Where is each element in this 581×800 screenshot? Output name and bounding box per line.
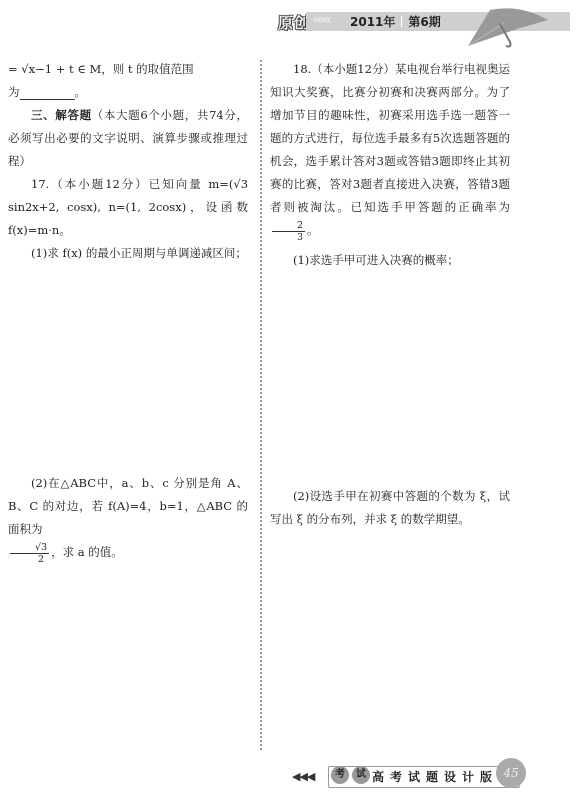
q18-part2: (2)设选手甲在初赛中答题的个数为 ξ，试写出 ξ 的分布列，并求 ξ 的数学期… — [270, 485, 510, 531]
arrows-icon: ◀◀◀ — [292, 770, 314, 783]
fraction: √32 — [10, 542, 49, 565]
right-column: 18.（本小题12分）某电视台举行电视奥运知识大奖赛，比赛分初赛和决赛两部分。为… — [270, 58, 510, 531]
page-number: 45 — [496, 758, 526, 788]
answer-blank — [20, 87, 75, 100]
section-heading: 三、解答题（本大题6个小题，共74分，必须写出必要的文字说明、演算步骤或推理过程… — [8, 104, 248, 173]
column-divider — [260, 60, 262, 750]
footer-badge-shi: 试 — [352, 766, 370, 784]
q17-part1: (1)求 f(x) 的最小正周期与单调递减区间； — [8, 242, 248, 265]
issue-number: 第6期 — [408, 15, 440, 29]
answer-space — [270, 272, 510, 485]
issue-label: 2011年第6期 — [350, 13, 441, 30]
separator — [401, 16, 402, 27]
footer-title: 高考试题设计版 — [372, 768, 498, 785]
left-column: = √x−1 + t ∈ M，则 t 的取值范围 为。 三、解答题（本大题6个小… — [8, 58, 248, 565]
prev-question-line1: = √x−1 + t ∈ M，则 t 的取值范围 — [8, 58, 248, 81]
year-label: 2011年 — [350, 15, 395, 29]
footer-badge-kao: 考 — [331, 766, 349, 784]
fraction: 23 — [272, 220, 305, 243]
answer-space — [8, 265, 248, 472]
q18-stem: 18.（本小题12分）某电视台举行电视奥运知识大奖赛，比赛分初赛和决赛两部分。为… — [270, 58, 510, 243]
chevrons-icon: ««« — [312, 12, 329, 28]
q17-part2: (2)在△ABC中，a、b、c 分别是角 A、B、C 的对边，若 f(A)=4，… — [8, 472, 248, 565]
q18-part1: (1)求选手甲可进入决赛的概率； — [270, 249, 510, 272]
prev-question-line2: 为。 — [8, 81, 248, 104]
q17-stem: 17.（本小题12分）已知向量 m=(√3 sin2x+2, cosx), n=… — [8, 173, 248, 242]
umbrella-icon — [460, 6, 570, 50]
